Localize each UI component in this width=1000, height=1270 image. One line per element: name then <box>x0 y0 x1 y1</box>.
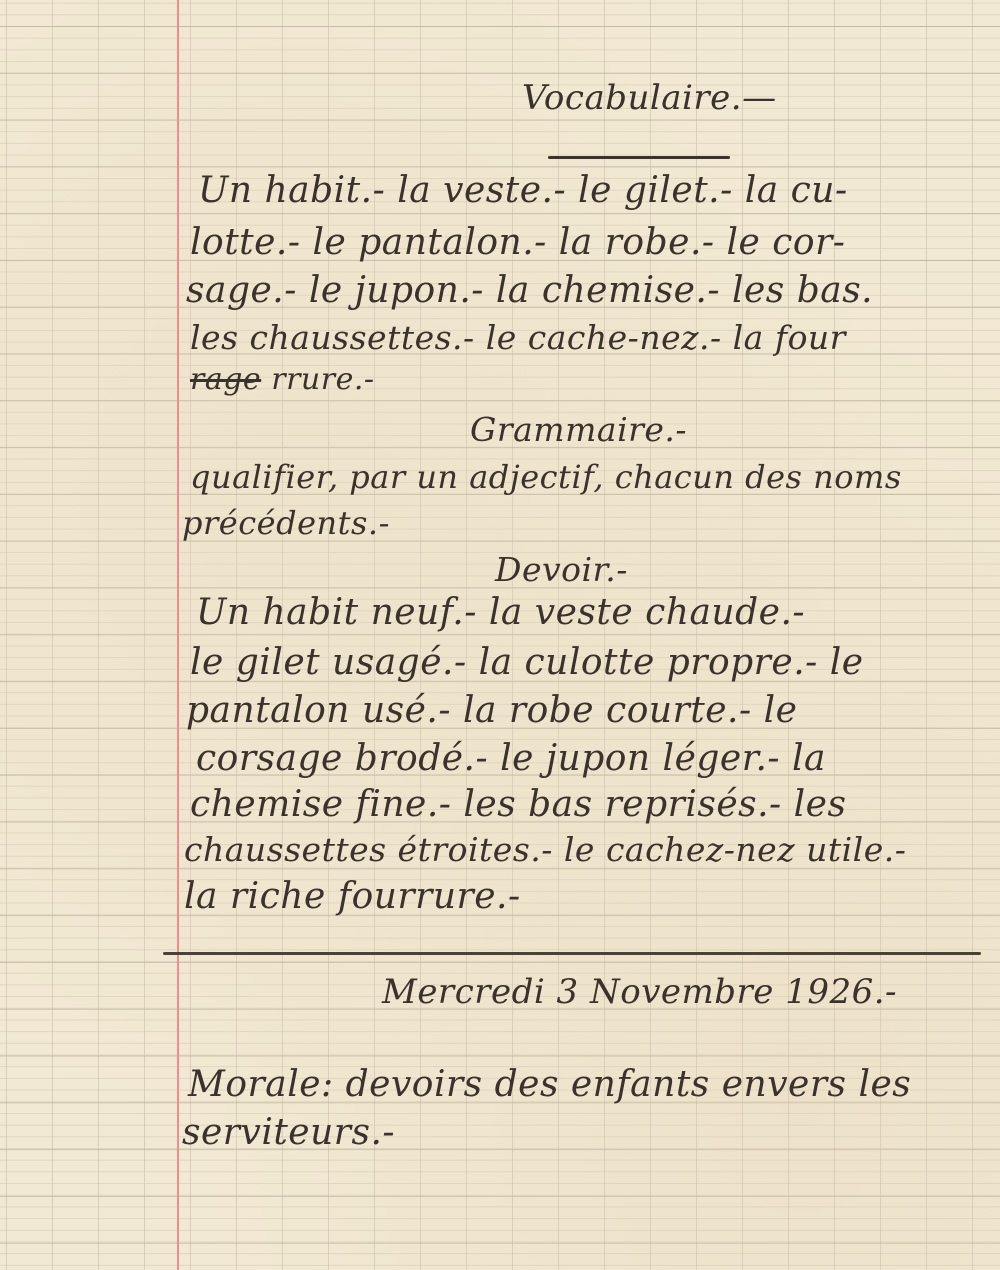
heading-grammaire: Grammaire.- <box>470 410 687 449</box>
devoir-line-3: pantalon usé.- la robe courte.- le <box>186 690 797 731</box>
grammaire-line-2: précédents.- <box>182 504 390 542</box>
heading-underline <box>548 156 730 159</box>
vocabulaire-line-1: Un habit.- la veste.- le gilet.- la cu- <box>198 170 848 211</box>
vocabulaire-line-2: lotte.- le pantalon.- la robe.- le cor- <box>190 222 845 263</box>
devoir-line-4: corsage brodé.- le jupon léger.- la <box>196 738 826 779</box>
grammaire-line-1: qualifier, par un adjectif, chacun des n… <box>190 458 902 496</box>
margin-line <box>177 0 179 1270</box>
section-divider <box>163 952 981 955</box>
vocabulaire-line-5: rage rrure.- <box>190 362 375 397</box>
heading-devoir: Devoir.- <box>495 550 628 589</box>
date-heading: Mercredi 3 Novembre 1926.- <box>382 972 897 1012</box>
vocabulaire-line-3: sage.- le jupon.- la chemise.- les bas. <box>186 270 873 311</box>
devoir-line-2: le gilet usagé.- la culotte propre.- le <box>190 642 864 683</box>
devoir-line-5: chemise fine.- les bas reprisés.- les <box>190 784 846 825</box>
heading-vocabulaire: Vocabulaire.— <box>522 78 777 118</box>
devoir-line-6: chaussettes étroites.- le cachez-nez uti… <box>184 830 906 869</box>
devoir-line-7: la riche fourrure.- <box>184 876 521 917</box>
morale-line-1: Morale: devoirs des enfants envers les <box>188 1064 911 1105</box>
vocabulaire-line-5-text: rrure.- <box>271 362 374 397</box>
struck-word: rage <box>190 362 261 397</box>
devoir-line-1: Un habit neuf.- la veste chaude.- <box>196 592 805 633</box>
vocabulaire-line-4: les chaussettes.- le cache-nez.- la four <box>190 318 846 357</box>
morale-line-2: serviteurs.- <box>182 1112 395 1153</box>
